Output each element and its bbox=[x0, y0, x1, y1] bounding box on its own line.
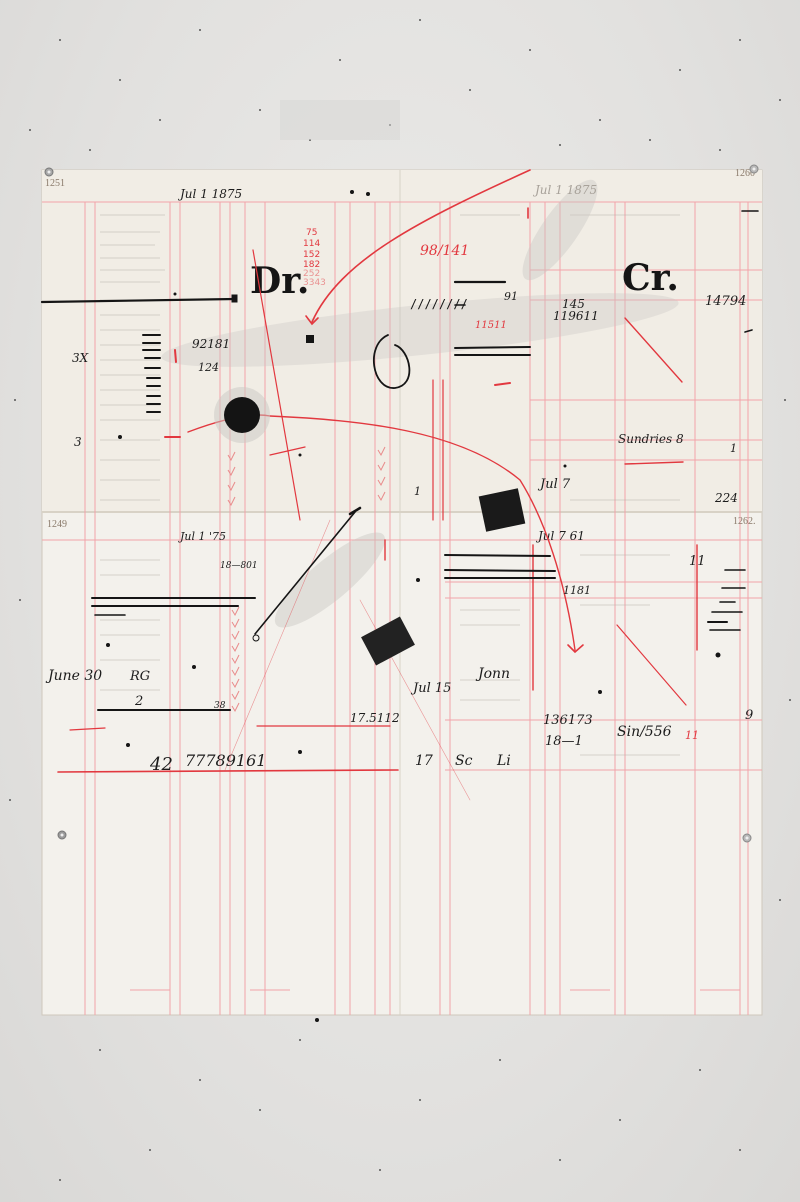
mark-77789161: 77789161 bbox=[185, 751, 266, 770]
mark-jonn: Jonn bbox=[475, 666, 510, 682]
mark-18-1: 18—1 bbox=[545, 734, 583, 749]
mark-42: 42 bbox=[149, 754, 173, 775]
svg-text:75: 75 bbox=[306, 228, 317, 238]
mark-jul15: Jul 15 bbox=[410, 681, 451, 696]
credit-heading: Cr. bbox=[622, 257, 679, 299]
page-number-1262: 1262. bbox=[733, 516, 756, 527]
black-dot bbox=[224, 397, 260, 433]
mark-sundries: Sundries 8 bbox=[618, 432, 684, 446]
mark-136173: 136173 bbox=[543, 713, 593, 728]
mark-3x: 3X bbox=[72, 351, 89, 365]
mark-rg: RG bbox=[129, 669, 150, 684]
mark-11a: 11 bbox=[689, 554, 706, 569]
mark-1: 1 bbox=[730, 442, 737, 455]
mark-17: 17 bbox=[415, 753, 433, 769]
svg-text:152: 152 bbox=[303, 250, 320, 260]
mark-18-801: 18—801 bbox=[220, 561, 258, 571]
mark-17-5112: 17.5112 bbox=[350, 711, 400, 725]
mark-1181: 1181 bbox=[563, 584, 591, 597]
mark-92181: 92181 bbox=[192, 337, 230, 351]
mark-3: 3 bbox=[74, 435, 82, 449]
pin-icon bbox=[750, 165, 758, 173]
mark-1b: 1 bbox=[414, 485, 421, 498]
mark-38: 38 bbox=[214, 701, 226, 711]
mark-14794: 14794 bbox=[705, 294, 746, 309]
mark-124: 124 bbox=[198, 361, 219, 374]
page-number-1249: 1249 bbox=[47, 519, 67, 530]
mark-119611: 119611 bbox=[553, 309, 599, 323]
mark-june30: June 30 bbox=[45, 668, 102, 684]
red-strike-numbers: 11511 bbox=[475, 320, 507, 331]
svg-text:114: 114 bbox=[303, 239, 320, 249]
date-heading-bottom-right: Jul 7 61 bbox=[535, 529, 585, 543]
mark-sc: Sc bbox=[455, 753, 473, 769]
mark-11b-red: 11 bbox=[685, 729, 699, 742]
pin-icon bbox=[743, 834, 751, 842]
pin-icon bbox=[58, 831, 66, 839]
mark-sin-556: Sin/556 bbox=[617, 724, 672, 740]
mark-2: 2 bbox=[134, 694, 143, 709]
mark-9: 9 bbox=[745, 708, 753, 723]
mark-jul7: Jul 7 bbox=[537, 477, 571, 492]
artwork-canvas: 1251 1260 1249 1262. Jul 1 1875 Jul 1 18… bbox=[0, 0, 800, 1202]
small-black-square bbox=[306, 335, 314, 343]
mark-224: 224 bbox=[714, 491, 738, 505]
date-heading-bottom-left: Jul 1 '75 bbox=[178, 530, 226, 543]
mark-91: 91 bbox=[504, 290, 518, 303]
pin-icon bbox=[45, 168, 53, 176]
svg-text:3343: 3343 bbox=[303, 278, 326, 288]
tally-marks: //////// bbox=[410, 297, 468, 311]
date-heading-top-right: Jul 1 1875 bbox=[532, 183, 597, 197]
mark-li: Li bbox=[496, 753, 511, 769]
page-number-1251: 1251 bbox=[45, 178, 65, 189]
red-number-top-right: 98/141 bbox=[420, 243, 469, 259]
date-heading-top-left: Jul 1 1875 bbox=[177, 187, 242, 201]
wall-smudge bbox=[280, 100, 400, 140]
